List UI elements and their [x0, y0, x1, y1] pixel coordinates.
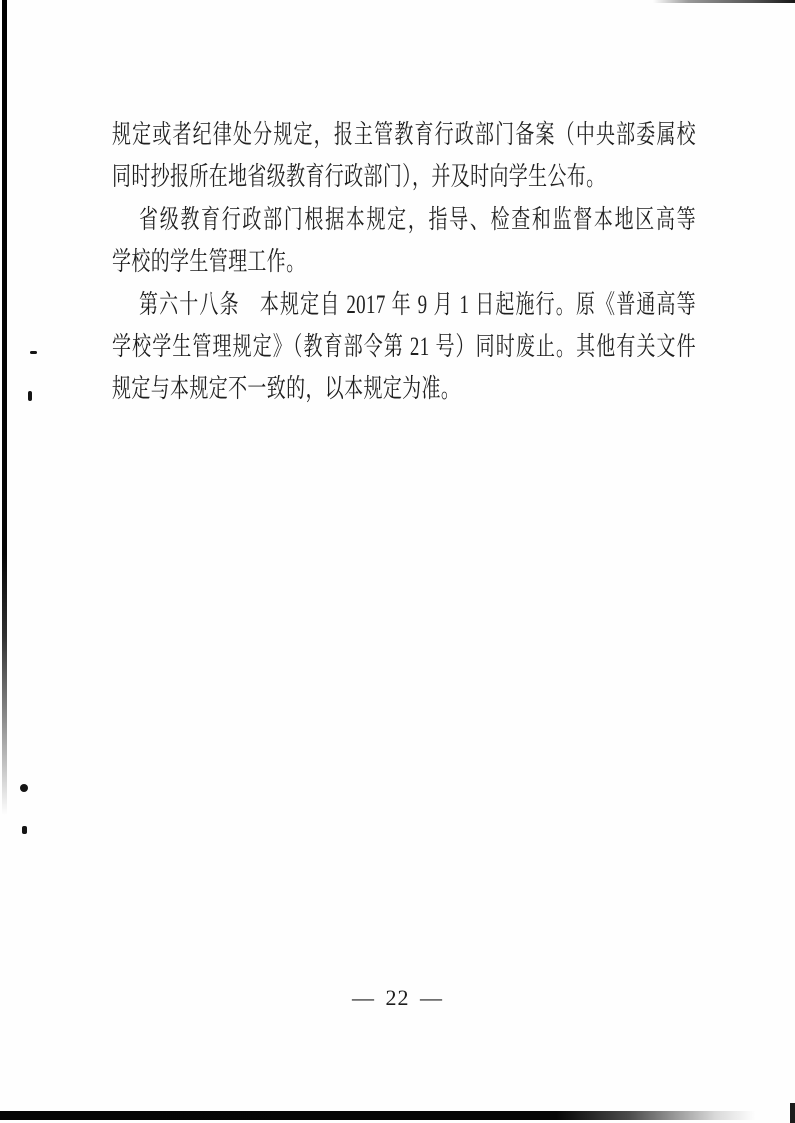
- text-line-5: 第六十八条 本规定自 2017 年 9 月 1 日起施行。原《普通高等: [112, 284, 696, 326]
- scan-artifact-top-right-line: [653, 0, 795, 3]
- document-page: 规定或者纪律处分规定，报主管教育行政部门备案（中央部委属校 同时抄报所在地省级教…: [0, 0, 795, 1123]
- scan-speck-dot: [20, 784, 28, 792]
- text-line-1: 规定或者纪律处分规定，报主管教育行政部门备案（中央部委属校: [112, 114, 696, 156]
- scan-speck-dash: [30, 351, 37, 354]
- text-line-6: 学校学生管理规定》（教育部令第 21 号）同时废止。其他有关文件: [112, 326, 696, 368]
- scan-speck-small: [22, 826, 27, 834]
- text-line-7: 规定与本规定不一致的，以本规定为准。: [112, 368, 696, 410]
- text-line-4: 学校的学生管理工作。: [112, 241, 696, 283]
- text-line-2: 同时抄报所在地省级教育行政部门），并及时向学生公布。: [112, 156, 696, 198]
- scan-speck-comma: [28, 391, 32, 401]
- scan-artifact-bottom-bar: [0, 1111, 795, 1120]
- text-line-3: 省级教育行政部门根据本规定，指导、检查和监督本地区高等: [112, 199, 696, 241]
- page-number-footer: — 22 —: [0, 985, 795, 1011]
- scan-artifact-left-bar: [2, 0, 7, 815]
- body-text: 规定或者纪律处分规定，报主管教育行政部门备案（中央部委属校 同时抄报所在地省级教…: [112, 114, 696, 411]
- page-number: — 22 —: [352, 985, 443, 1010]
- scan-artifact-bottom-right-corner: [790, 1103, 795, 1123]
